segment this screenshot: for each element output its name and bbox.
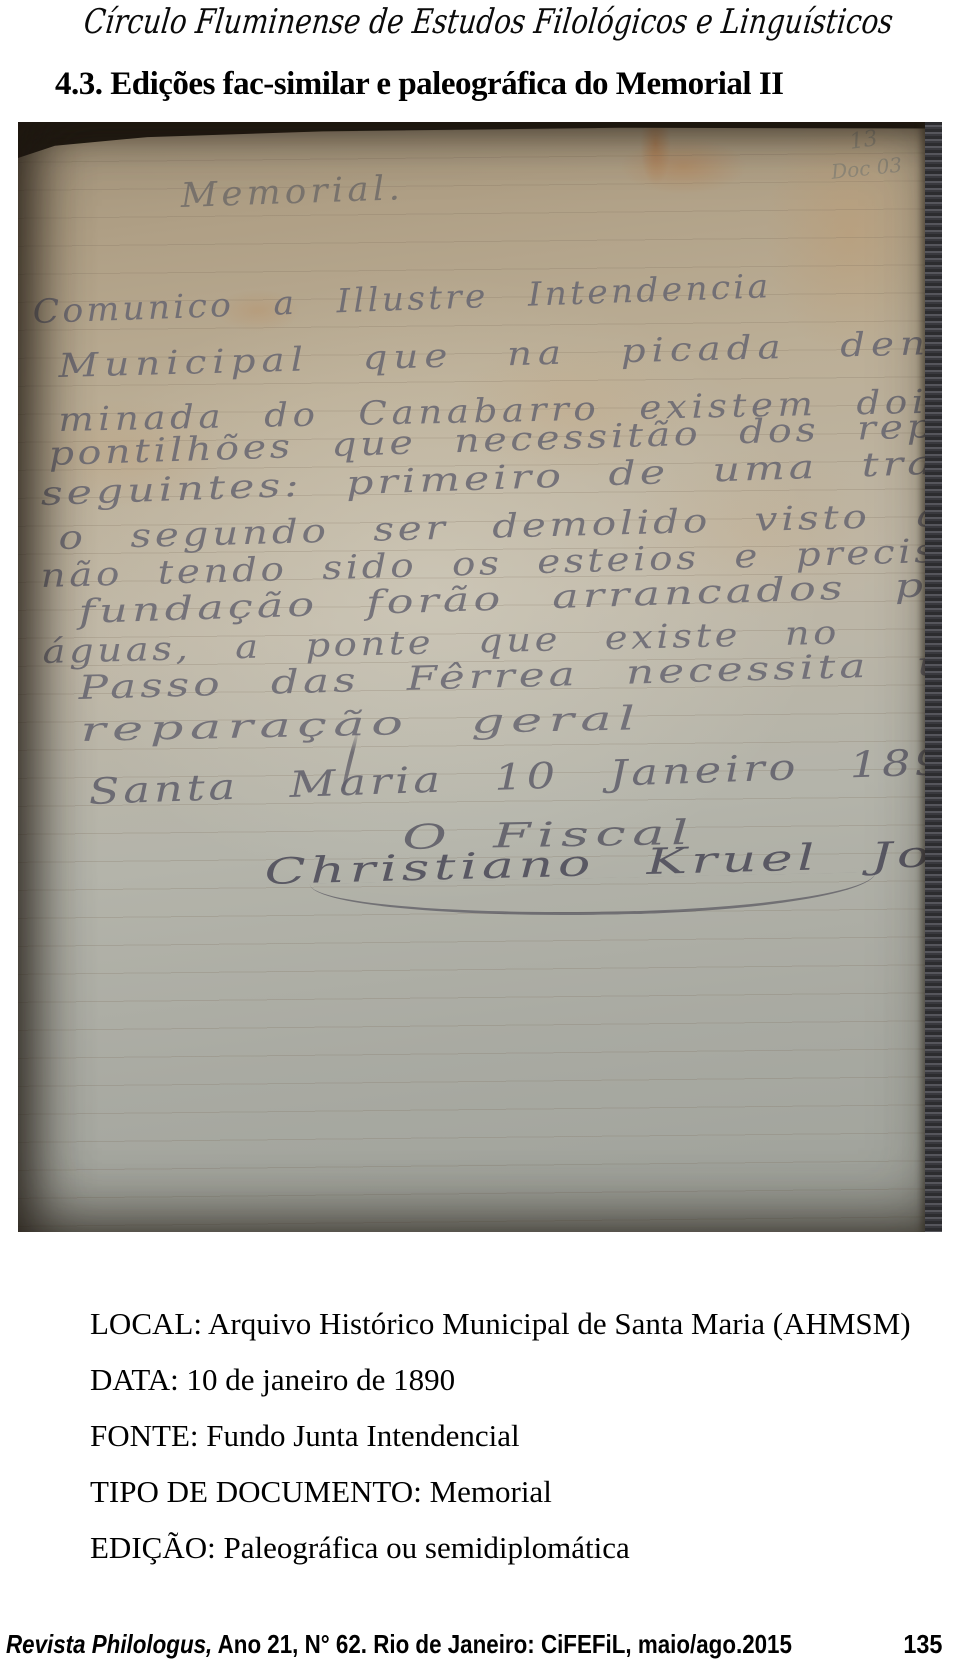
archive-mark-number: 13 — [848, 126, 879, 155]
metadata-label: LOCAL: — [90, 1306, 202, 1341]
manuscript-line: Comunico a Illustre Intendencia — [32, 266, 772, 331]
metadata-label: FONTE: — [90, 1418, 199, 1453]
metadata-local: LOCAL: Arquivo Histórico Municipal de Sa… — [90, 1296, 950, 1352]
metadata-value: Arquivo Histórico Municipal de Santa Mar… — [202, 1306, 911, 1341]
metadata-value: Fundo Junta Intendencial — [199, 1418, 520, 1453]
journal-script-title: Círculo Fluminense de Estudos Filológico… — [82, 2, 874, 42]
journal-issue-info: Ano 21, N° 62. Rio de Janeiro: CiFEFiL, … — [212, 1629, 792, 1659]
metadata-value: 10 de janeiro de 1890 — [179, 1362, 455, 1397]
metadata-label: DATA: — [90, 1362, 179, 1397]
page-footer: Revista Philologus, Ano 21, N° 62. Rio d… — [0, 1629, 960, 1665]
metadata-fonte: FONTE: Fundo Junta Intendencial — [90, 1408, 950, 1464]
page-number: 135 — [903, 1629, 942, 1660]
photo-dark-edge — [18, 122, 942, 158]
metadata-data: DATA: 10 de janeiro de 1890 — [90, 1352, 950, 1408]
manuscript-title: Memorial. — [180, 168, 405, 216]
metadata-tipo: TIPO DE DOCUMENTO: Memorial — [90, 1464, 950, 1520]
journal-name: Revista Philologus, — [6, 1629, 212, 1659]
metadata-label: TIPO DE DOCUMENTO: — [90, 1474, 422, 1509]
manuscript-dateline: Santa Maria 10 Janeiro 1890 — [88, 741, 942, 813]
metadata-value: Memorial — [422, 1474, 552, 1509]
journal-page: Círculo Fluminense de Estudos Filológico… — [0, 0, 960, 1671]
archive-mark-doc: Doc 03 — [830, 153, 903, 184]
metadata-value: Paleográfica ou semidiplomática — [216, 1530, 630, 1565]
metadata-edicao: EDIÇÃO: Paleográfica ou semidiplomática — [90, 1520, 950, 1576]
journal-citation: Revista Philologus, Ano 21, N° 62. Rio d… — [6, 1629, 792, 1660]
binding-strip — [925, 122, 942, 1232]
manuscript-photo: 13 Doc 03 Memorial. Comunico a Illustre … — [18, 122, 942, 1232]
manuscript-line: reparação geral — [80, 698, 642, 749]
metadata-label: EDIÇÃO: — [90, 1530, 216, 1565]
section-heading: 4.3. Edições fac-similar e paleográfica … — [55, 66, 784, 103]
document-metadata: LOCAL: Arquivo Histórico Municipal de Sa… — [90, 1296, 950, 1576]
manuscript-line: Municipal que na picada deno — [58, 322, 942, 385]
